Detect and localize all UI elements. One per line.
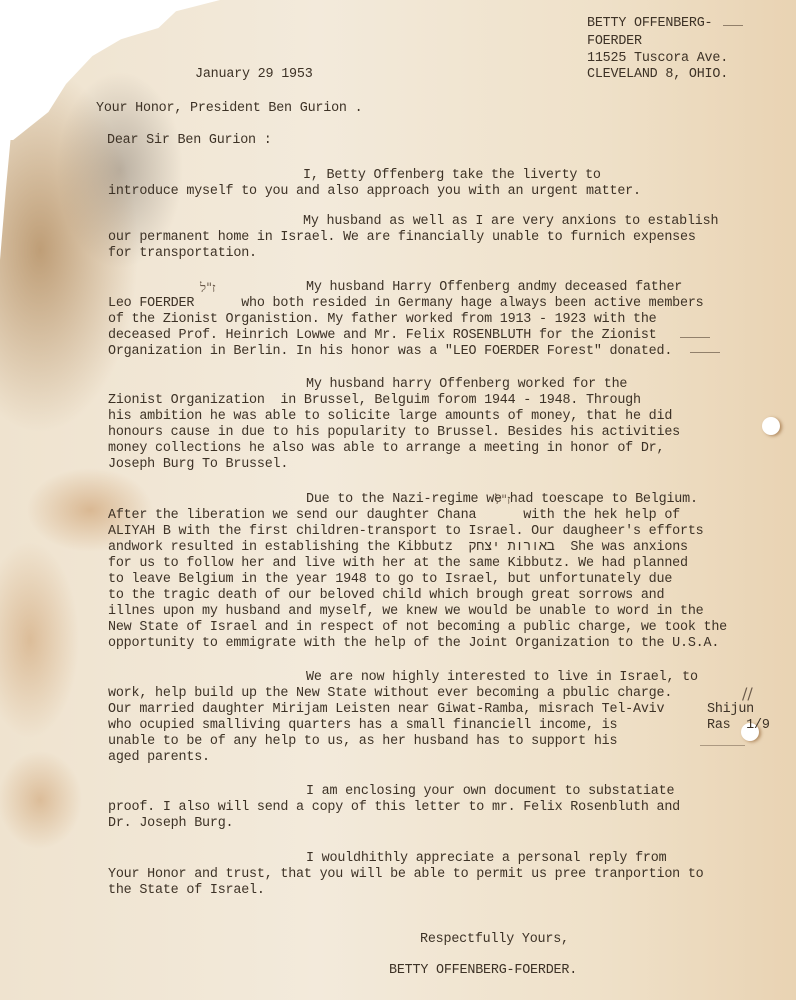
text-line: to the tragic death of our beloved child… [108,588,664,604]
text-line: his ambition he was able to solicite lar… [108,409,672,425]
sender-city: CLEVELAND 8, OHIO. [587,67,728,83]
text-line: I wouldhithly appreciate a personal repl… [306,851,666,867]
text-line: who ocupied smalliving quarters has a sm… [108,718,617,734]
text-line: for us to follow her and live with her a… [108,556,688,572]
rule [700,745,745,746]
sender-name: BETTY OFFENBERG- [587,16,712,32]
text-line: Leo FOERDER who both resided in Germany … [108,296,704,312]
text-line: the State of Israel. [108,883,265,899]
text-line: After the liberation we send our daughte… [108,508,680,524]
text-line: I, Betty Offenberg take the liverty to [303,168,601,184]
recipient: Your Honor, President Ben Gurion . [96,101,362,117]
sender-street: 11525 Tuscora Ave. [587,51,728,67]
text-line: Our married daughter Mirijam Leisten nea… [108,702,664,718]
text-line: Dr. Joseph Burg. [108,816,233,832]
text-line: our permanent home in Israel. We are fin… [108,230,696,246]
text-line: honours cause in due to his popularity t… [108,425,680,441]
text-line: for transportation. [108,246,257,262]
sender-name-2: FOERDER [587,34,642,50]
text-line: My husband as well as I are very anxions… [303,214,718,230]
handwritten-mark: // [742,684,753,703]
text-line: money collections he also was able to ar… [108,441,664,457]
text-line: We are now highly interested to live in … [306,670,698,686]
text-line: andwork resulted in establishing the Kib… [108,540,688,556]
text-line: Your Honor and trust, that you will be a… [108,867,704,883]
rule [723,25,743,26]
rule [680,337,710,338]
margin-note-line2: Ras 1/9 [707,718,770,734]
punch-hole [762,417,780,435]
text-line: work, help build up the New State withou… [108,686,672,702]
text-line: illnes upon my husband and myself, we kn… [108,604,704,620]
text-line: Joseph Burg To Brussel. [108,457,288,473]
text-line: aged parents. [108,750,210,766]
text-line: of the Zionist Organistion. My father wo… [108,312,657,328]
margin-note-line1: Shijun [707,702,754,718]
hebrew-mark: ז"ל [200,280,216,296]
text-line: Zionist Organization in Brussel, Belguim… [108,393,641,409]
text-line: My husband harry Offenberg worked for th… [306,377,627,393]
text-line: unable to be of any help to us, as her h… [108,734,617,750]
letter-date: January 29 1953 [195,67,313,83]
text-line: deceased Prof. Heinrich Lowwe and Mr. Fe… [108,328,657,344]
hebrew-mark: ז"ל [495,492,511,508]
closing: Respectfully Yours, [420,932,569,948]
text-line: New State of Israel and in respect of no… [108,620,727,636]
salutation: Dear Sir Ben Gurion : [107,133,272,149]
text-line: My husband Harry Offenberg andmy decease… [306,280,682,296]
text-line: I am enclosing your own document to subs… [306,784,674,800]
rule [690,352,720,353]
text-line: introduce myself to you and also approac… [108,184,641,200]
signature: BETTY OFFENBERG-FOERDER. [389,963,577,979]
text-line: opportunity to emmigrate with the help o… [108,636,719,652]
text-line: Organization in Berlin. In his honor was… [108,344,672,360]
text-line: proof. I also will send a copy of this l… [108,800,680,816]
text-line: to leave Belgium in the year 1948 to go … [108,572,672,588]
text-line: ALIYAH B with the first children-transpo… [108,524,704,540]
